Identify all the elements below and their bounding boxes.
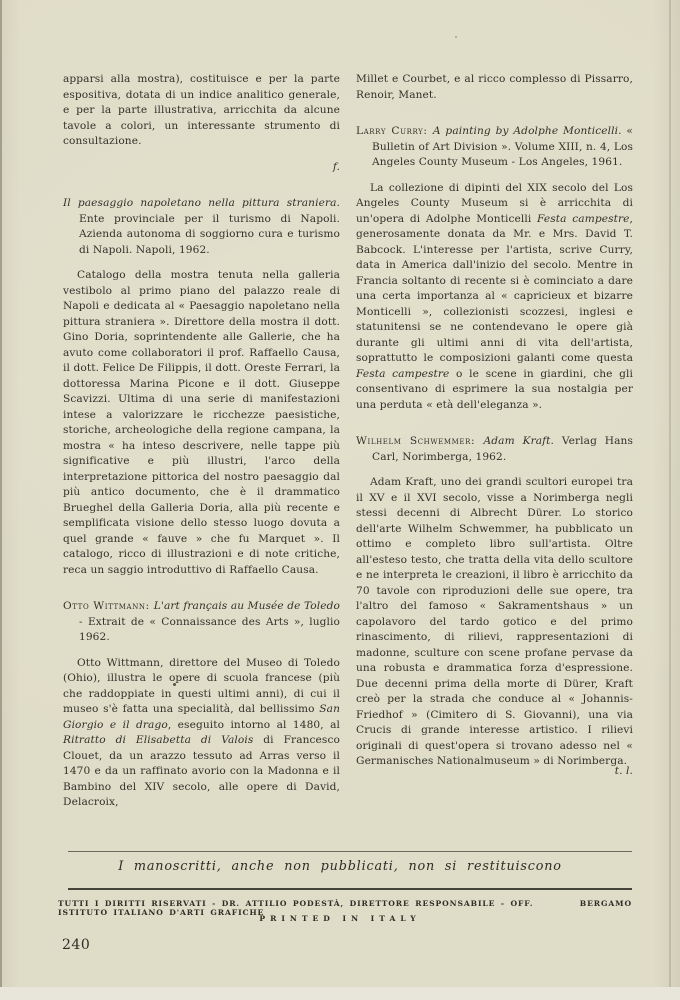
- body-text: Millet e Courbet, e al ricco complesso d…: [356, 73, 633, 101]
- manuscript-notice: I manoscritti, anche non pubblicati, non…: [0, 859, 680, 874]
- footer-rule-thin: [68, 851, 632, 852]
- italic-text: Il paesaggio napoletano nella pittura st…: [63, 197, 340, 209]
- italic-text: Ritratto di Elisabetta di Valois: [63, 734, 253, 746]
- italic-text: f.: [333, 161, 340, 173]
- paragraph: apparsi alla mostra), costituisce e per …: [63, 72, 340, 150]
- italic-text: t. l.: [615, 765, 633, 777]
- scan-edge-right: [669, 0, 671, 1000]
- body-text: - Extrait de « Connaissance des Arts », …: [79, 616, 340, 644]
- italic-text: Festa campestre: [356, 368, 449, 380]
- column-left: apparsi alla mostra), costituisce e per …: [63, 72, 340, 821]
- column-right: Millet e Courbet, e al ricco complesso d…: [356, 72, 633, 789]
- body-text: , eseguito intorno al 1480, al: [168, 719, 340, 731]
- body-text: , generosamente donata da Mr. e Mrs. Dav…: [356, 213, 633, 365]
- body-text: Ente provinciale per il turismo di Napol…: [79, 213, 340, 256]
- imprint-city: BERGAMO: [580, 899, 632, 908]
- scan-edge-bottom: [0, 987, 680, 1000]
- paper-speck: [455, 36, 457, 38]
- footer-rule-thick: [68, 888, 632, 890]
- body-text: Catalogo della mostra tenuta nella galle…: [63, 269, 340, 576]
- body-text: Adam Kraft, uno dei grandi scultori euro…: [356, 476, 633, 767]
- bibliography-entry: Otto Wittmann: L'art français au Musée d…: [63, 599, 340, 646]
- scan-edge-left: [0, 0, 2, 1000]
- paragraph: Adam Kraft, uno dei grandi scultori euro…: [356, 475, 633, 770]
- italic-text: Adam Kraft: [484, 435, 551, 447]
- author-smallcaps: Wilhelm Schwemmer:: [356, 435, 484, 447]
- italic-text: Festa campestre: [537, 213, 630, 225]
- paper-speck: [173, 683, 176, 686]
- bibliography-entry: Wilhelm Schwemmer: Adam Kraft. Verlag Ha…: [356, 434, 633, 465]
- paragraph: Otto Wittmann, direttore del Museo di To…: [63, 656, 340, 811]
- paragraph: Catalogo della mostra tenuta nella galle…: [63, 268, 340, 578]
- printed-in-italy: PRINTED IN ITALY: [0, 914, 680, 923]
- italic-text: A painting by Adolphe Monticelli.: [433, 125, 622, 137]
- italic-text: L'art français au Musée de Toledo: [154, 600, 340, 612]
- page-number: 240: [62, 937, 90, 953]
- body-text: Otto Wittmann, direttore del Museo di To…: [63, 657, 340, 716]
- body-text: apparsi alla mostra), costituisce e per …: [63, 73, 340, 147]
- paragraph: Millet e Courbet, e al ricco complesso d…: [356, 72, 633, 103]
- author-smallcaps: Larry Curry:: [356, 125, 433, 137]
- bibliography-entry: Il paesaggio napoletano nella pittura st…: [63, 196, 340, 258]
- scanned-journal-page: apparsi alla mostra), costituisce e per …: [0, 0, 680, 1000]
- reviewer-initials: f.: [63, 160, 340, 176]
- author-smallcaps: Otto Wittmann:: [63, 600, 154, 612]
- paragraph: La collezione di dipinti del XIX secolo …: [356, 181, 633, 414]
- bibliography-entry: Larry Curry: A painting by Adolphe Monti…: [356, 124, 633, 171]
